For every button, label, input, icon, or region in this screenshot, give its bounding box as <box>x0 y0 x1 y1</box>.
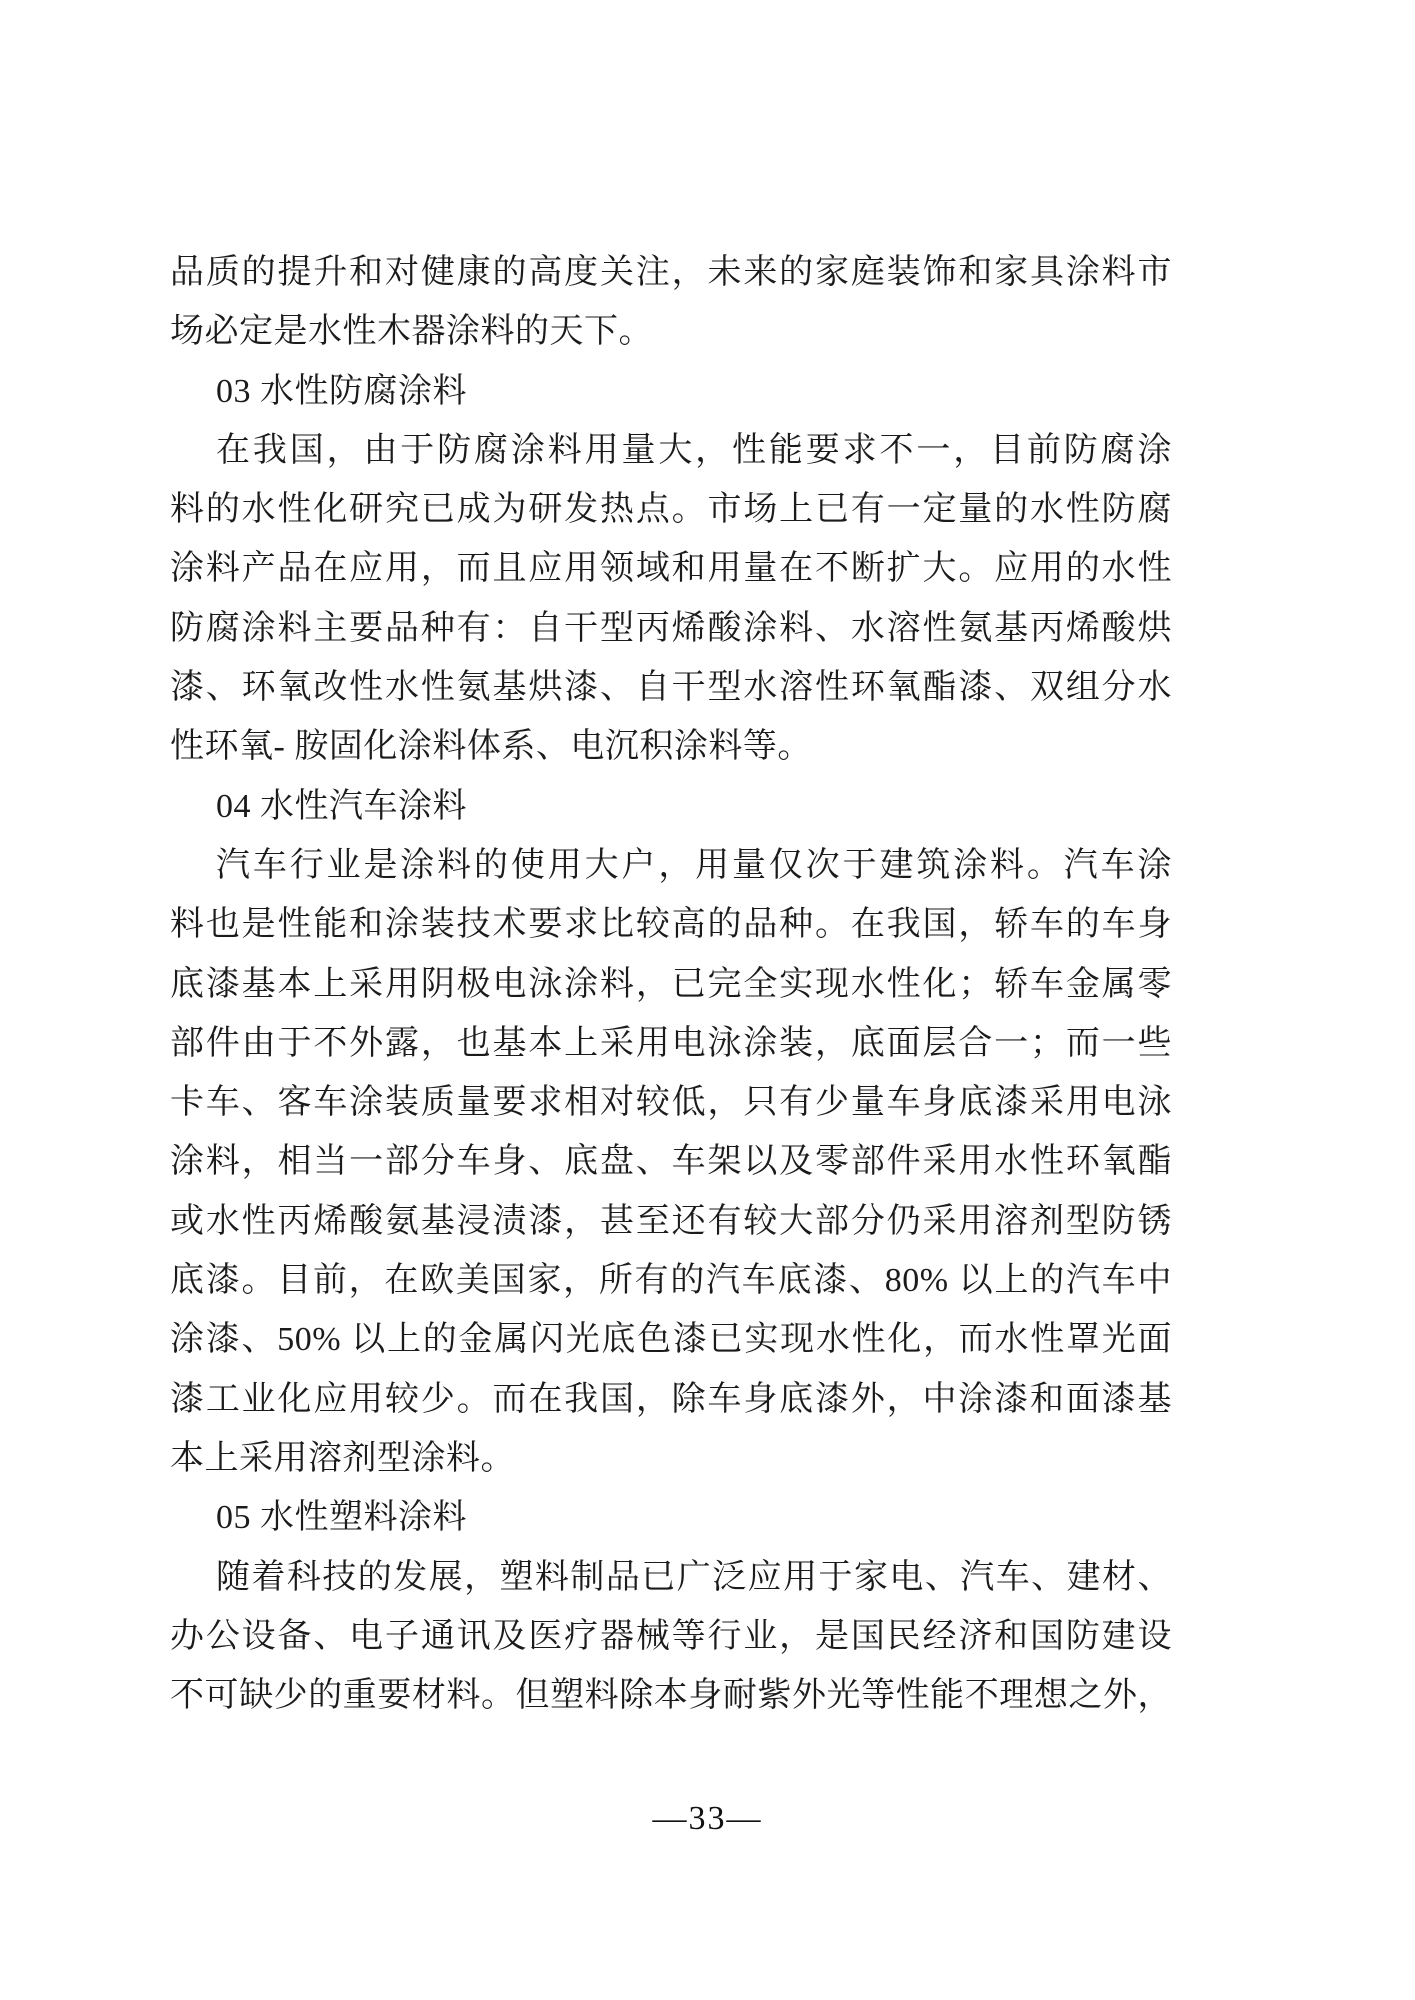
section-heading-04: 04 水性汽车涂料 <box>170 777 1172 836</box>
text-line: 办公设备、电子通讯及医疗器械等行业，是国民经济和国防建设 <box>170 1607 1172 1666</box>
text-line: 料也是性能和涂装技术要求比较高的品种。在我国，轿车的车身 <box>170 895 1172 954</box>
page-number: —33— <box>0 1800 1415 1838</box>
text-line: 或水性丙烯酸氨基浸渍漆，甚至还有较大部分仍采用溶剂型防锈 <box>170 1192 1172 1251</box>
section-heading-05: 05 水性塑料涂料 <box>170 1488 1172 1547</box>
text-line: 底漆。目前，在欧美国家，所有的汽车底漆、80% 以上的汽车中 <box>170 1251 1172 1310</box>
text-line: 底漆基本上采用阴极电泳涂料，已完全实现水性化；轿车金属零 <box>170 955 1172 1014</box>
text-line: 场必定是水性木器涂料的天下。 <box>170 302 1172 361</box>
text-line: 漆工业化应用较少。而在我国，除车身底漆外，中涂漆和面漆基 <box>170 1370 1172 1429</box>
text-line: 性环氧- 胺固化涂料体系、电沉积涂料等。 <box>170 717 1172 776</box>
text-block: 品质的提升和对健康的高度关注，未来的家庭装饰和家具涂料市 场必定是水性木器涂料的… <box>170 243 1172 1725</box>
text-line: 本上采用溶剂型涂料。 <box>170 1429 1172 1488</box>
section-heading-03: 03 水性防腐涂料 <box>170 362 1172 421</box>
text-line: 汽车行业是涂料的使用大户，用量仅次于建筑涂料。汽车涂 <box>170 836 1172 895</box>
text-line: 在我国，由于防腐涂料用量大，性能要求不一，目前防腐涂 <box>170 421 1172 480</box>
text-line: 卡车、客车涂装质量要求相对较低，只有少量车身底漆采用电泳 <box>170 1073 1172 1132</box>
text-line: 防腐涂料主要品种有：自干型丙烯酸涂料、水溶性氨基丙烯酸烘 <box>170 599 1172 658</box>
document-page: 品质的提升和对健康的高度关注，未来的家庭装饰和家具涂料市 场必定是水性木器涂料的… <box>0 0 1415 2000</box>
text-line: 漆、环氧改性水性氨基烘漆、自干型水溶性环氧酯漆、双组分水 <box>170 658 1172 717</box>
text-line: 涂料产品在应用，而且应用领域和用量在不断扩大。应用的水性 <box>170 539 1172 598</box>
text-line: 料的水性化研究已成为研发热点。市场上已有一定量的水性防腐 <box>170 480 1172 539</box>
text-line: 部件由于不外露，也基本上采用电泳涂装，底面层合一；而一些 <box>170 1014 1172 1073</box>
text-line: 涂料，相当一部分车身、底盘、车架以及零部件采用水性环氧酯 <box>170 1132 1172 1191</box>
text-line: 品质的提升和对健康的高度关注，未来的家庭装饰和家具涂料市 <box>170 243 1172 302</box>
text-line: 涂漆、50% 以上的金属闪光底色漆已实现水性化，而水性罩光面 <box>170 1310 1172 1369</box>
text-line: 不可缺少的重要材料。但塑料除本身耐紫外光等性能不理想之外， <box>170 1666 1172 1725</box>
text-line: 随着科技的发展，塑料制品已广泛应用于家电、汽车、建材、 <box>170 1548 1172 1607</box>
